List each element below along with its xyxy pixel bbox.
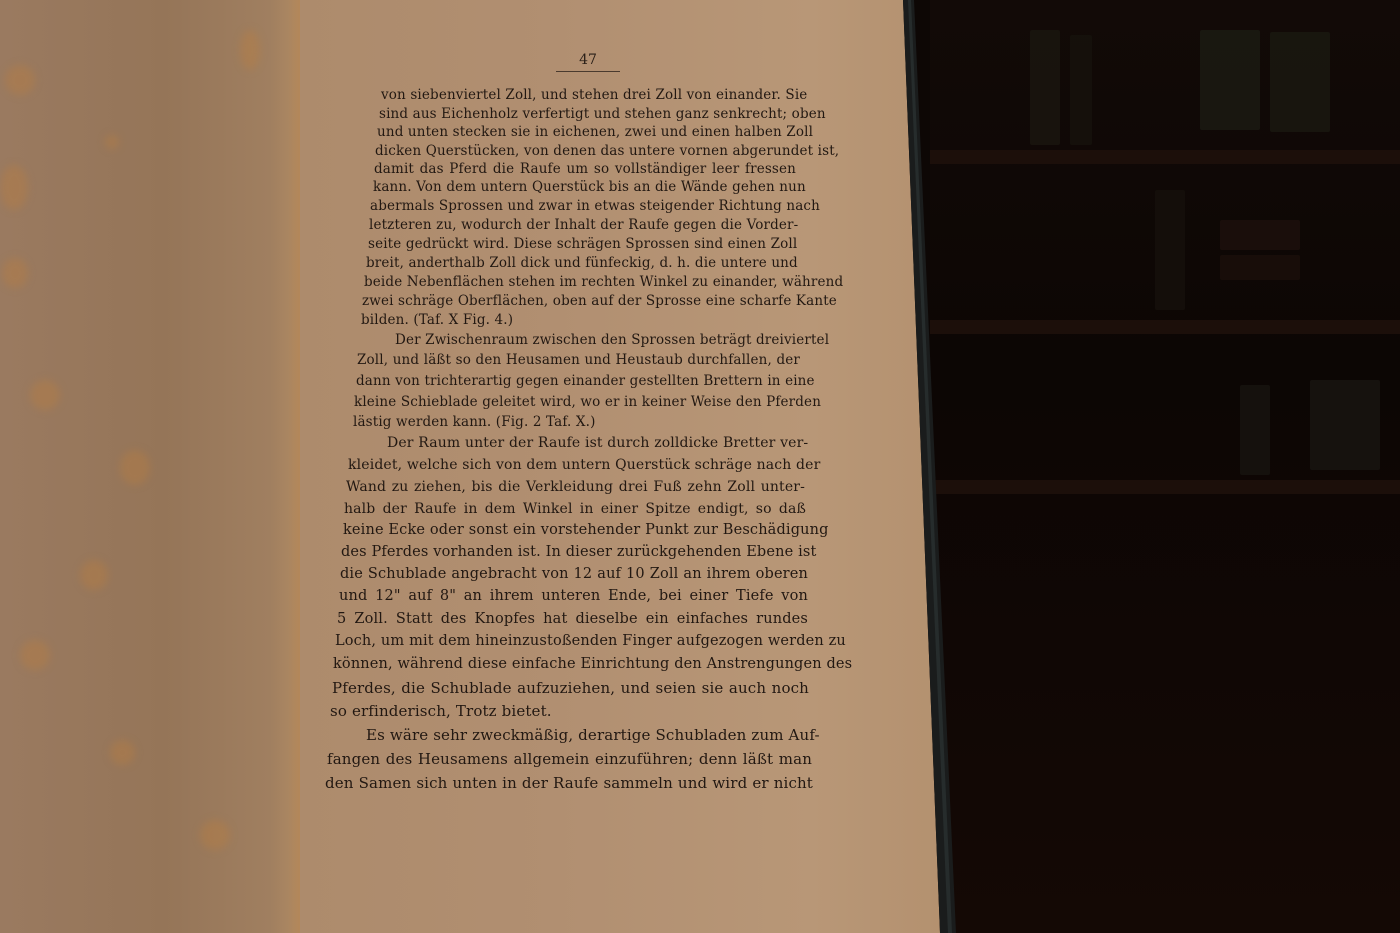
foxing-spot (80, 560, 108, 590)
text-line: damit das Pferd die Raufe um so vollstän… (374, 161, 796, 177)
text-line: den Samen sich unten in der Raufe sammel… (325, 774, 813, 792)
text-line: bilden. (Taf. X Fig. 4.) (361, 312, 561, 328)
text-line: Wand zu ziehen, bis die Verkleidung drei… (346, 479, 805, 495)
foxing-spot (105, 135, 119, 149)
text-line: des Pferdes vorhanden ist. In dieser zur… (341, 544, 808, 560)
text-line: kann. Von dem untern Querstück bis an di… (373, 179, 796, 195)
foxing-spot (2, 258, 28, 288)
text-line: keine Ecke oder sonst ein vorstehender P… (343, 522, 807, 538)
text-line: von siebenviertel Zoll, und stehen drei … (381, 87, 795, 103)
text-line: abermals Sprossen und zwar in etwas stei… (370, 198, 796, 214)
text-line: 5 Zoll. Statt des Knopfes hat dieselbe e… (337, 611, 808, 627)
text-line: halb der Raufe in dem Winkel in einer Sp… (344, 501, 806, 517)
text-line: kleine Schieblade geleitet wird, wo er i… (354, 394, 802, 410)
shelf-book (1270, 32, 1330, 132)
shelf-book (1030, 30, 1060, 145)
text-line: Zoll, und läßt so den Heusamen und Heust… (357, 352, 800, 368)
text-line: und unten stecken sie in eichenen, zwei … (377, 124, 795, 140)
shelf-book (1310, 380, 1380, 470)
text-line: Es wäre sehr zweckmäßig, derartige Schub… (366, 726, 812, 744)
shelf-plank (930, 320, 1400, 334)
text-line: Pferdes, die Schublade aufzuziehen, und … (332, 679, 809, 697)
text-line: die Schublade angebracht von 12 auf 10 Z… (340, 566, 808, 582)
text-line: und 12" auf 8" an ihrem unteren Ende, be… (339, 588, 808, 604)
left-page (0, 0, 300, 933)
foxing-spot (30, 380, 60, 410)
foxing-spot (5, 65, 35, 95)
text-line: breit, anderthalb Zoll dick und fünfecki… (366, 255, 797, 271)
text-line: so erfinderisch, Trotz bietet. (330, 702, 550, 720)
foxing-spot (20, 640, 50, 670)
text-line: Der Zwischenraum zwischen den Sprossen b… (395, 332, 800, 348)
shelf-book (1220, 220, 1300, 250)
foxing-spot (120, 450, 150, 485)
page-number-rule (556, 71, 620, 72)
text-line: Der Raum unter der Raufe ist durch zolld… (387, 435, 803, 451)
shelf-book (1240, 385, 1270, 475)
text-line: kleidet, welche sich von dem untern Quer… (348, 457, 804, 473)
text-line: Loch, um mit dem hineinzustoßenden Finge… (335, 633, 809, 649)
background-bookshelf (930, 0, 1400, 933)
text-line: beide Nebenflächen stehen im rechten Win… (364, 274, 798, 290)
shelf-plank (930, 480, 1400, 494)
shelf-book (1155, 190, 1185, 310)
text-line: lästig werden kann. (Fig. 2 Taf. X.) (353, 414, 653, 430)
page-number: 47 (556, 52, 620, 68)
foxing-spot (110, 740, 135, 765)
foxing-spot (240, 30, 260, 70)
text-line: sind aus Eichenholz verfertigt und stehe… (379, 106, 795, 122)
shelf-plank (930, 150, 1400, 164)
text-line: fangen des Heusamens allgemein einzuführ… (327, 750, 812, 768)
foxing-spot (200, 820, 230, 850)
text-line: letzteren zu, wodurch der Inhalt der Rau… (369, 217, 797, 233)
foxing-spot (0, 165, 28, 210)
text-line: seite gedrückt wird. Diese schrägen Spro… (368, 236, 797, 252)
text-line: dann von trichterartig gegen einander ge… (356, 373, 801, 389)
shelf-book (1220, 255, 1300, 280)
shelf-book (1070, 35, 1092, 145)
text-line: dicken Querstücken, von denen das untere… (375, 143, 795, 159)
text-line: können, während diese einfache Einrichtu… (333, 656, 809, 672)
shelf-book (1200, 30, 1260, 130)
text-line: zwei schräge Oberflächen, oben auf der S… (362, 293, 799, 309)
